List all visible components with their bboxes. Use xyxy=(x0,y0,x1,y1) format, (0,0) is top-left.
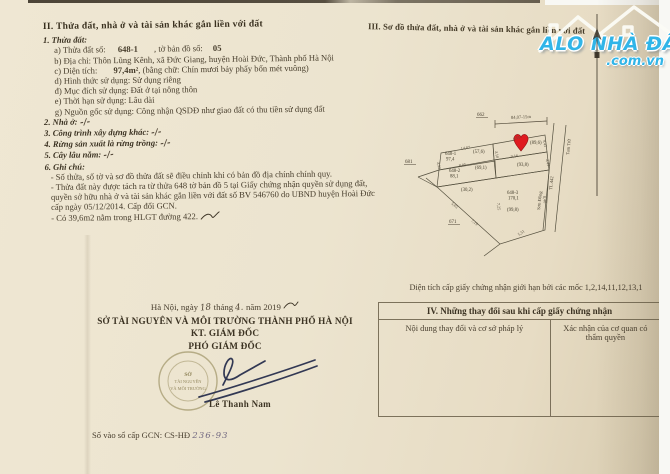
registry-handwritten-number: 236-93 xyxy=(192,431,228,441)
road-direction-left: Sơn Đồng xyxy=(536,190,543,210)
parcel-99-8: (99,8) xyxy=(507,208,519,213)
parcel-93-8: (93,8) xyxy=(517,163,529,168)
registry-number-line: Số vào sổ cấp GCN: CS-HĐ 236-93 xyxy=(92,430,229,441)
parcel-648-1-area: 97,4 xyxy=(446,158,455,163)
paper-crease xyxy=(84,235,91,474)
scanned-land-certificate: II. Thửa đất, nhà ở và tài sản khác gắn … xyxy=(0,0,670,474)
area-words: , (bằng chữ: Chín mươi bảy phẩy bốn mét … xyxy=(138,63,309,75)
signature-block: Hà Nội, ngày 18 tháng 4. năm 2019 SỞ TÀI… xyxy=(60,301,390,351)
parcel-57-6: (57,6) xyxy=(473,150,485,155)
note-3-text: - Có 39,6m2 nằm trong HLGT đường 422. xyxy=(51,211,198,223)
dim: 5,03 xyxy=(450,201,459,210)
item-3-label: 3. Công trình xây dựng khác: xyxy=(44,127,149,138)
parcel-648-2-area: 88,1 xyxy=(450,175,459,180)
item-4-value: -/- xyxy=(160,138,171,149)
item-2-value: -/- xyxy=(79,117,90,128)
handwritten-month: 4. xyxy=(235,303,244,314)
section-2-parcel-info: II. Thửa đất, nhà ở và tài sản khác gắn … xyxy=(43,18,377,223)
item-5-value: -/- xyxy=(103,150,114,161)
parcel-number-label: a) Thửa đất số: xyxy=(54,45,106,56)
section-4-changes-table: IV. Những thay đổi sau khi cấp giấy chứn… xyxy=(378,302,661,417)
dim: 9,16 xyxy=(510,153,518,160)
empty-cell xyxy=(379,346,551,416)
table-header-row: Nội dung thay đổi và cơ sở pháp lý Xác n… xyxy=(379,320,660,346)
place-date-line: Hà Nội, ngày 18 tháng 4. năm 2019 xyxy=(60,301,390,313)
parcel-648-3-id: 648-3 xyxy=(507,191,519,196)
dim: 7,19 xyxy=(470,218,479,227)
item-3-value: -/- xyxy=(151,127,162,138)
agency-name: SỞ TÀI NGUYÊN VÀ MÔI TRƯỜNG THÀNH PHỐ HÀ… xyxy=(60,316,390,326)
parcel-69-1: (69,1) xyxy=(475,166,487,171)
road-name: TL.442 xyxy=(548,175,554,190)
parcel-number-value: 648-1 xyxy=(108,44,152,55)
map-sheet-label: , tờ bản đồ số: xyxy=(154,43,203,54)
road-direction-right: Tam Trữ xyxy=(565,138,572,155)
top-dimension-label: 84,07-15m xyxy=(511,114,532,121)
dim: 4,43 xyxy=(544,158,551,166)
section-4-title: IV. Những thay đổi sau khi cấp giấy chứn… xyxy=(379,303,660,320)
pen-flourish xyxy=(283,301,299,309)
dim: 7,25 xyxy=(495,203,502,211)
dim: 4,92 xyxy=(435,161,442,169)
kt-line: KT. GIÁM ĐỐC xyxy=(60,328,390,338)
dim: 14,07 xyxy=(460,145,470,152)
area-label: c) Diện tích: xyxy=(54,65,97,76)
month-label: tháng xyxy=(214,302,234,312)
col-change-content: Nội dung thay đổi và cơ sở pháp lý xyxy=(379,320,551,346)
section-2-title: II. Thửa đất, nhà ở và tài sản khác gắn … xyxy=(43,18,375,32)
parcel-648-2-id: 648-2 xyxy=(449,169,461,174)
handwritten-squiggle xyxy=(200,211,220,220)
item-2-label: 2. Nhà ở: xyxy=(44,116,78,126)
scan-top-edge xyxy=(28,0,540,3)
parcel-30-2: (30,2) xyxy=(461,188,473,193)
col-authority-confirm: Xác nhận của cơ quan có thẩm quyền xyxy=(551,320,660,346)
handwritten-day: 18 xyxy=(200,302,212,313)
dim: 9,43 xyxy=(541,139,548,147)
registry-label: Số vào sổ cấp GCN: CS-HĐ xyxy=(92,430,190,440)
item-4-label: 4. Rừng sản xuất là rừng trồng: xyxy=(44,138,158,149)
parcel-648-1-id: 648-1 xyxy=(445,152,457,157)
area-value: 97,4m² xyxy=(99,65,138,75)
north-arrow-icon xyxy=(593,14,602,196)
note-2: - Thửa đất này được tách ra từ thửa 648 … xyxy=(45,178,377,213)
cadastral-diagram: 662 681 671 84,07-15m xyxy=(395,10,625,272)
dim: 8,05 xyxy=(458,162,466,169)
map-sheet-value: 05 xyxy=(205,43,222,53)
table-empty-row xyxy=(379,346,660,416)
signer-name: Lê Thanh Nam xyxy=(158,399,322,409)
parcel-648-3-area: 170,1 xyxy=(508,197,519,202)
year-label: năm 2019 xyxy=(246,302,281,312)
item-5-label: 5. Cây lâu năm: xyxy=(44,150,101,161)
place-label: Hà Nội, ngày xyxy=(151,302,198,312)
role-line: PHÓ GIÁM ĐỐC xyxy=(60,341,390,351)
parcel-89-6: (89,6) xyxy=(530,141,542,146)
empty-cell xyxy=(551,346,660,416)
seal-line1: SỞ xyxy=(184,370,192,378)
boundary-markers-note: Diện tích cấp giấy chứng nhận giới hạn b… xyxy=(388,283,664,292)
